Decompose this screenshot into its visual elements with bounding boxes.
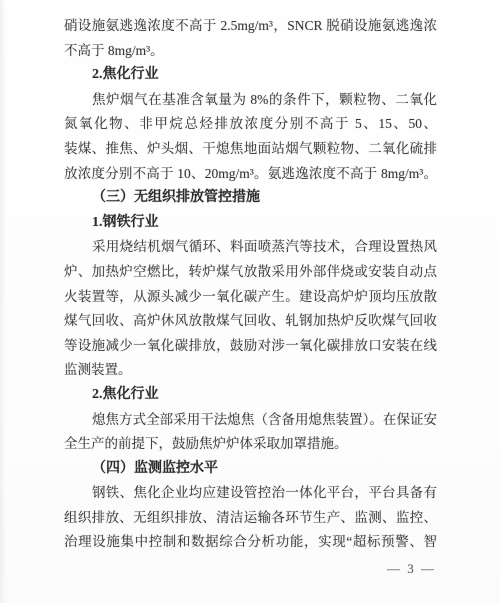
- text-line: 炉、加热炉空燃比，转炉煤气放散采用外部伴烧或安装自动点: [64, 260, 437, 285]
- text-line: 组织排放、无组织排放、清洁运输各环节生产、监测、监控、: [64, 506, 437, 531]
- document-lines: 硝设施氨逃逸浓度不高于 2.5mg/m³，SNCR 脱硝设施氨逃逸浓度不高于 8…: [64, 14, 437, 555]
- text-line: 放浓度分别不高于 10、20mg/m³。氨逃逸浓度不高于 8mg/m³。: [64, 162, 437, 187]
- text-line: 钢铁、焦化企业均应建设管控治一体化平台，平台具备有: [64, 481, 437, 506]
- heading-line: 1.钢铁行业: [64, 211, 437, 236]
- text-line: 煤气回收、高炉休风放散煤气回收、轧钢加热炉反吹煤气回收: [64, 309, 437, 334]
- heading-line: （四）监测监控水平: [64, 457, 437, 482]
- text-line: 氮氧化物、非甲烷总烃排放浓度分别不高于 5、15、50、60mg/m³。: [64, 112, 437, 137]
- document-page: 硝设施氨逃逸浓度不高于 2.5mg/m³，SNCR 脱硝设施氨逃逸浓度不高于 8…: [0, 0, 500, 603]
- text-line: 焦炉烟气在基准含氧量为 8%的条件下，颗粒物、二氧化硫、: [64, 88, 437, 113]
- heading-line: （三）无组织排放管控措施: [64, 186, 437, 211]
- text-line: 硝设施氨逃逸浓度不高于 2.5mg/m³，SNCR 脱硝设施氨逃逸浓度: [64, 14, 437, 39]
- text-line: 全生产的前提下，鼓励焦炉炉体采取加罩措施。: [64, 432, 437, 457]
- text-line: 火装置等，从源头减少一氧化碳产生。建设高炉炉顶均压放散: [64, 285, 437, 310]
- text-line: 不高于 8mg/m³。: [64, 39, 437, 64]
- heading-line: 2.焦化行业: [64, 383, 437, 408]
- heading-line: 2.焦化行业: [64, 63, 437, 88]
- text-line: 等设施减少一氧化碳排放，鼓励对涉一氧化碳排放口安装在线: [64, 334, 437, 359]
- text-line: 治理设施集中控制和数据综合分析功能，实现“超标预警、智: [64, 530, 437, 555]
- text-line: 采用烧结机烟气循环、料面喷蒸汽等技术，合理设置热风: [64, 235, 437, 260]
- text-line: 熄焦方式全部采用干法熄焦（含备用熄焦装置）。在保证安: [64, 408, 437, 433]
- page-number: — 3 —: [387, 561, 436, 577]
- text-line: 装煤、推焦、炉头烟、干熄焦地面站烟气颗粒物、二氧化硫排: [64, 137, 437, 162]
- text-line: 监测装置。: [64, 358, 437, 383]
